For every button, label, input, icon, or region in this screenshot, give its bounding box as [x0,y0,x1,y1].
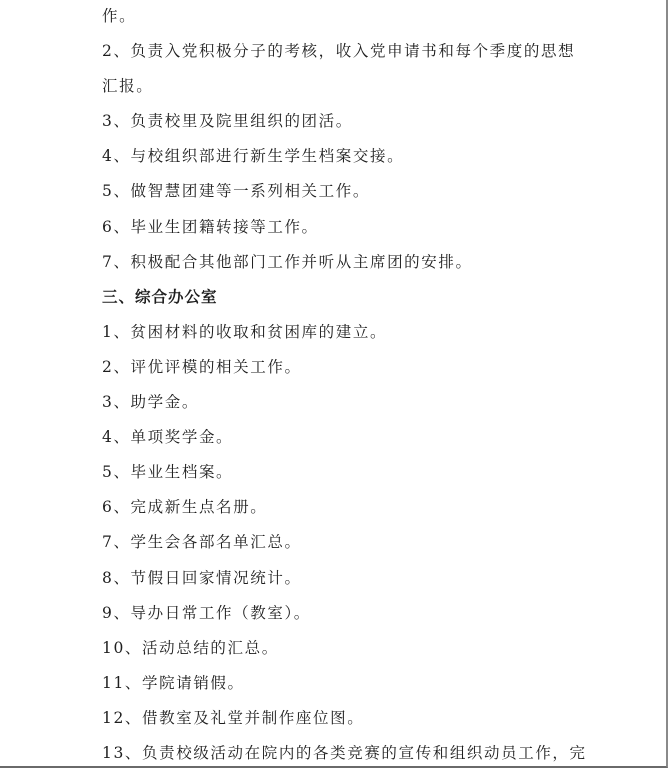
document-body: 作。 2、负责入党积极分子的考核，收入党申请书和每个季度的思想 汇报。 3、负责… [102,0,582,768]
list-item: 2、负责入党积极分子的考核，收入党申请书和每个季度的思想 [102,34,582,69]
list-item: 4、与校组织部进行新生学生档案交接。 [102,139,582,174]
list-item: 6、完成新生点名册。 [102,490,582,525]
list-item: 5、毕业生档案。 [102,455,582,490]
list-item: 9、导办日常工作（教室）。 [102,596,582,631]
section-heading: 三、综合办公室 [102,280,582,315]
list-item: 11、学院请销假。 [102,666,582,701]
list-item: 6、毕业生团籍转接等工作。 [102,210,582,245]
document-page: 作。 2、负责入党积极分子的考核，收入党申请书和每个季度的思想 汇报。 3、负责… [0,0,668,768]
paragraph-continuation: 汇报。 [102,69,582,104]
list-item: 5、做智慧团建等一系列相关工作。 [102,174,582,209]
list-item: 3、负责校里及院里组织的团活。 [102,104,582,139]
list-item: 13、负责校级活动在院内的各类竞赛的宣传和组织动员工作，完 [102,736,582,768]
list-item: 2、评优评模的相关工作。 [102,350,582,385]
list-item: 10、活动总结的汇总。 [102,631,582,666]
list-item: 4、单项奖学金。 [102,420,582,455]
list-item: 3、助学金。 [102,385,582,420]
paragraph-continuation: 作。 [102,0,582,34]
list-item: 7、积极配合其他部门工作并听从主席团的安排。 [102,245,582,280]
list-item: 12、借教室及礼堂并制作座位图。 [102,701,582,736]
list-item: 7、学生会各部名单汇总。 [102,525,582,560]
list-item: 1、贫困材料的收取和贫困库的建立。 [102,315,582,350]
list-item: 8、节假日回家情况统计。 [102,561,582,596]
